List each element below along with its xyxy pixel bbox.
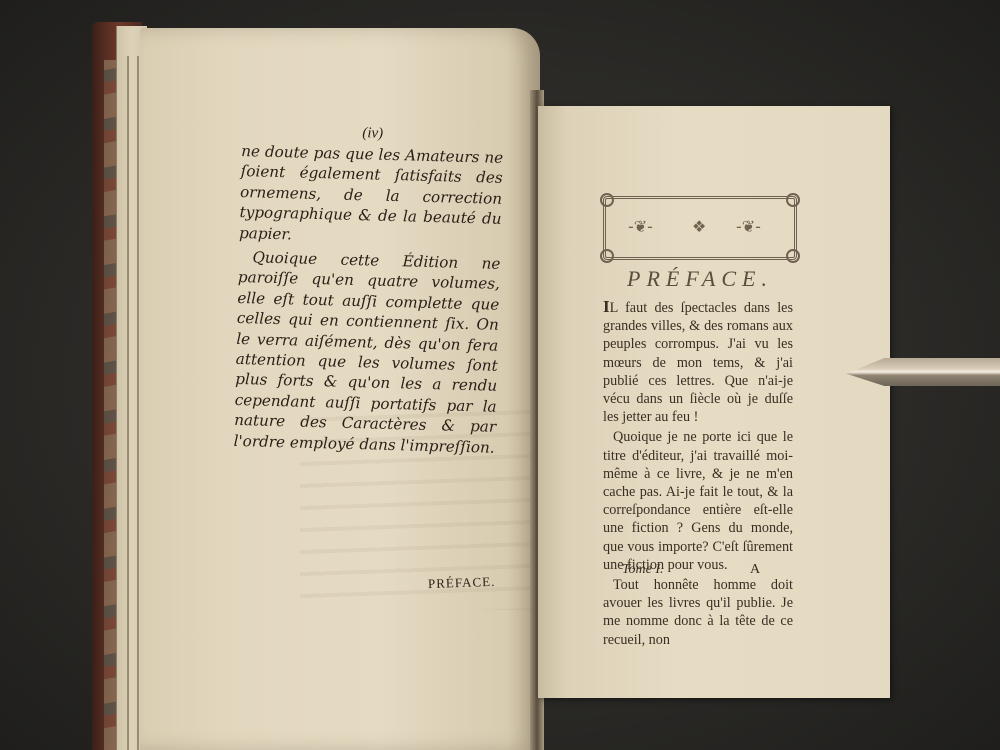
volume-label: Tome I.: [622, 562, 664, 577]
right-paragraph: L faut des ſpectacles dans les grandes v…: [603, 300, 793, 425]
right-paragraph: Tout honnête homme doit avouer les livre…: [603, 576, 793, 649]
drop-cap: I: [603, 297, 610, 316]
book-photo: (iv) ne doute pas que les Amateurs ne ſo…: [0, 0, 1000, 750]
signature-mark: A: [750, 562, 760, 578]
ornament-motif-icon: -❦-: [736, 217, 761, 236]
left-paragraph: Quoique cette Édition ne paroiſſe qu'en …: [233, 247, 500, 458]
ornament-motif-icon: -❦-: [628, 217, 653, 236]
ornamental-headpiece: -❦- ❖ -❦-: [603, 196, 797, 260]
right-paragraph: Quoique je ne porte ici que le titre d'é…: [603, 428, 793, 574]
catchword: PRÉFACE.: [428, 574, 496, 592]
left-paragraph: ne doute pas que les Amateurs ne ſoient …: [239, 141, 504, 250]
ornament-motif-icon: ❖: [692, 217, 706, 236]
right-page-text: IL faut des ſpectacles dans les grandes …: [603, 298, 793, 649]
page-footer: Tome I. A: [622, 562, 792, 578]
preface-title: PRÉFACE.: [614, 266, 786, 292]
left-page-text: (iv) ne doute pas que les Amateurs ne ſo…: [233, 122, 504, 458]
